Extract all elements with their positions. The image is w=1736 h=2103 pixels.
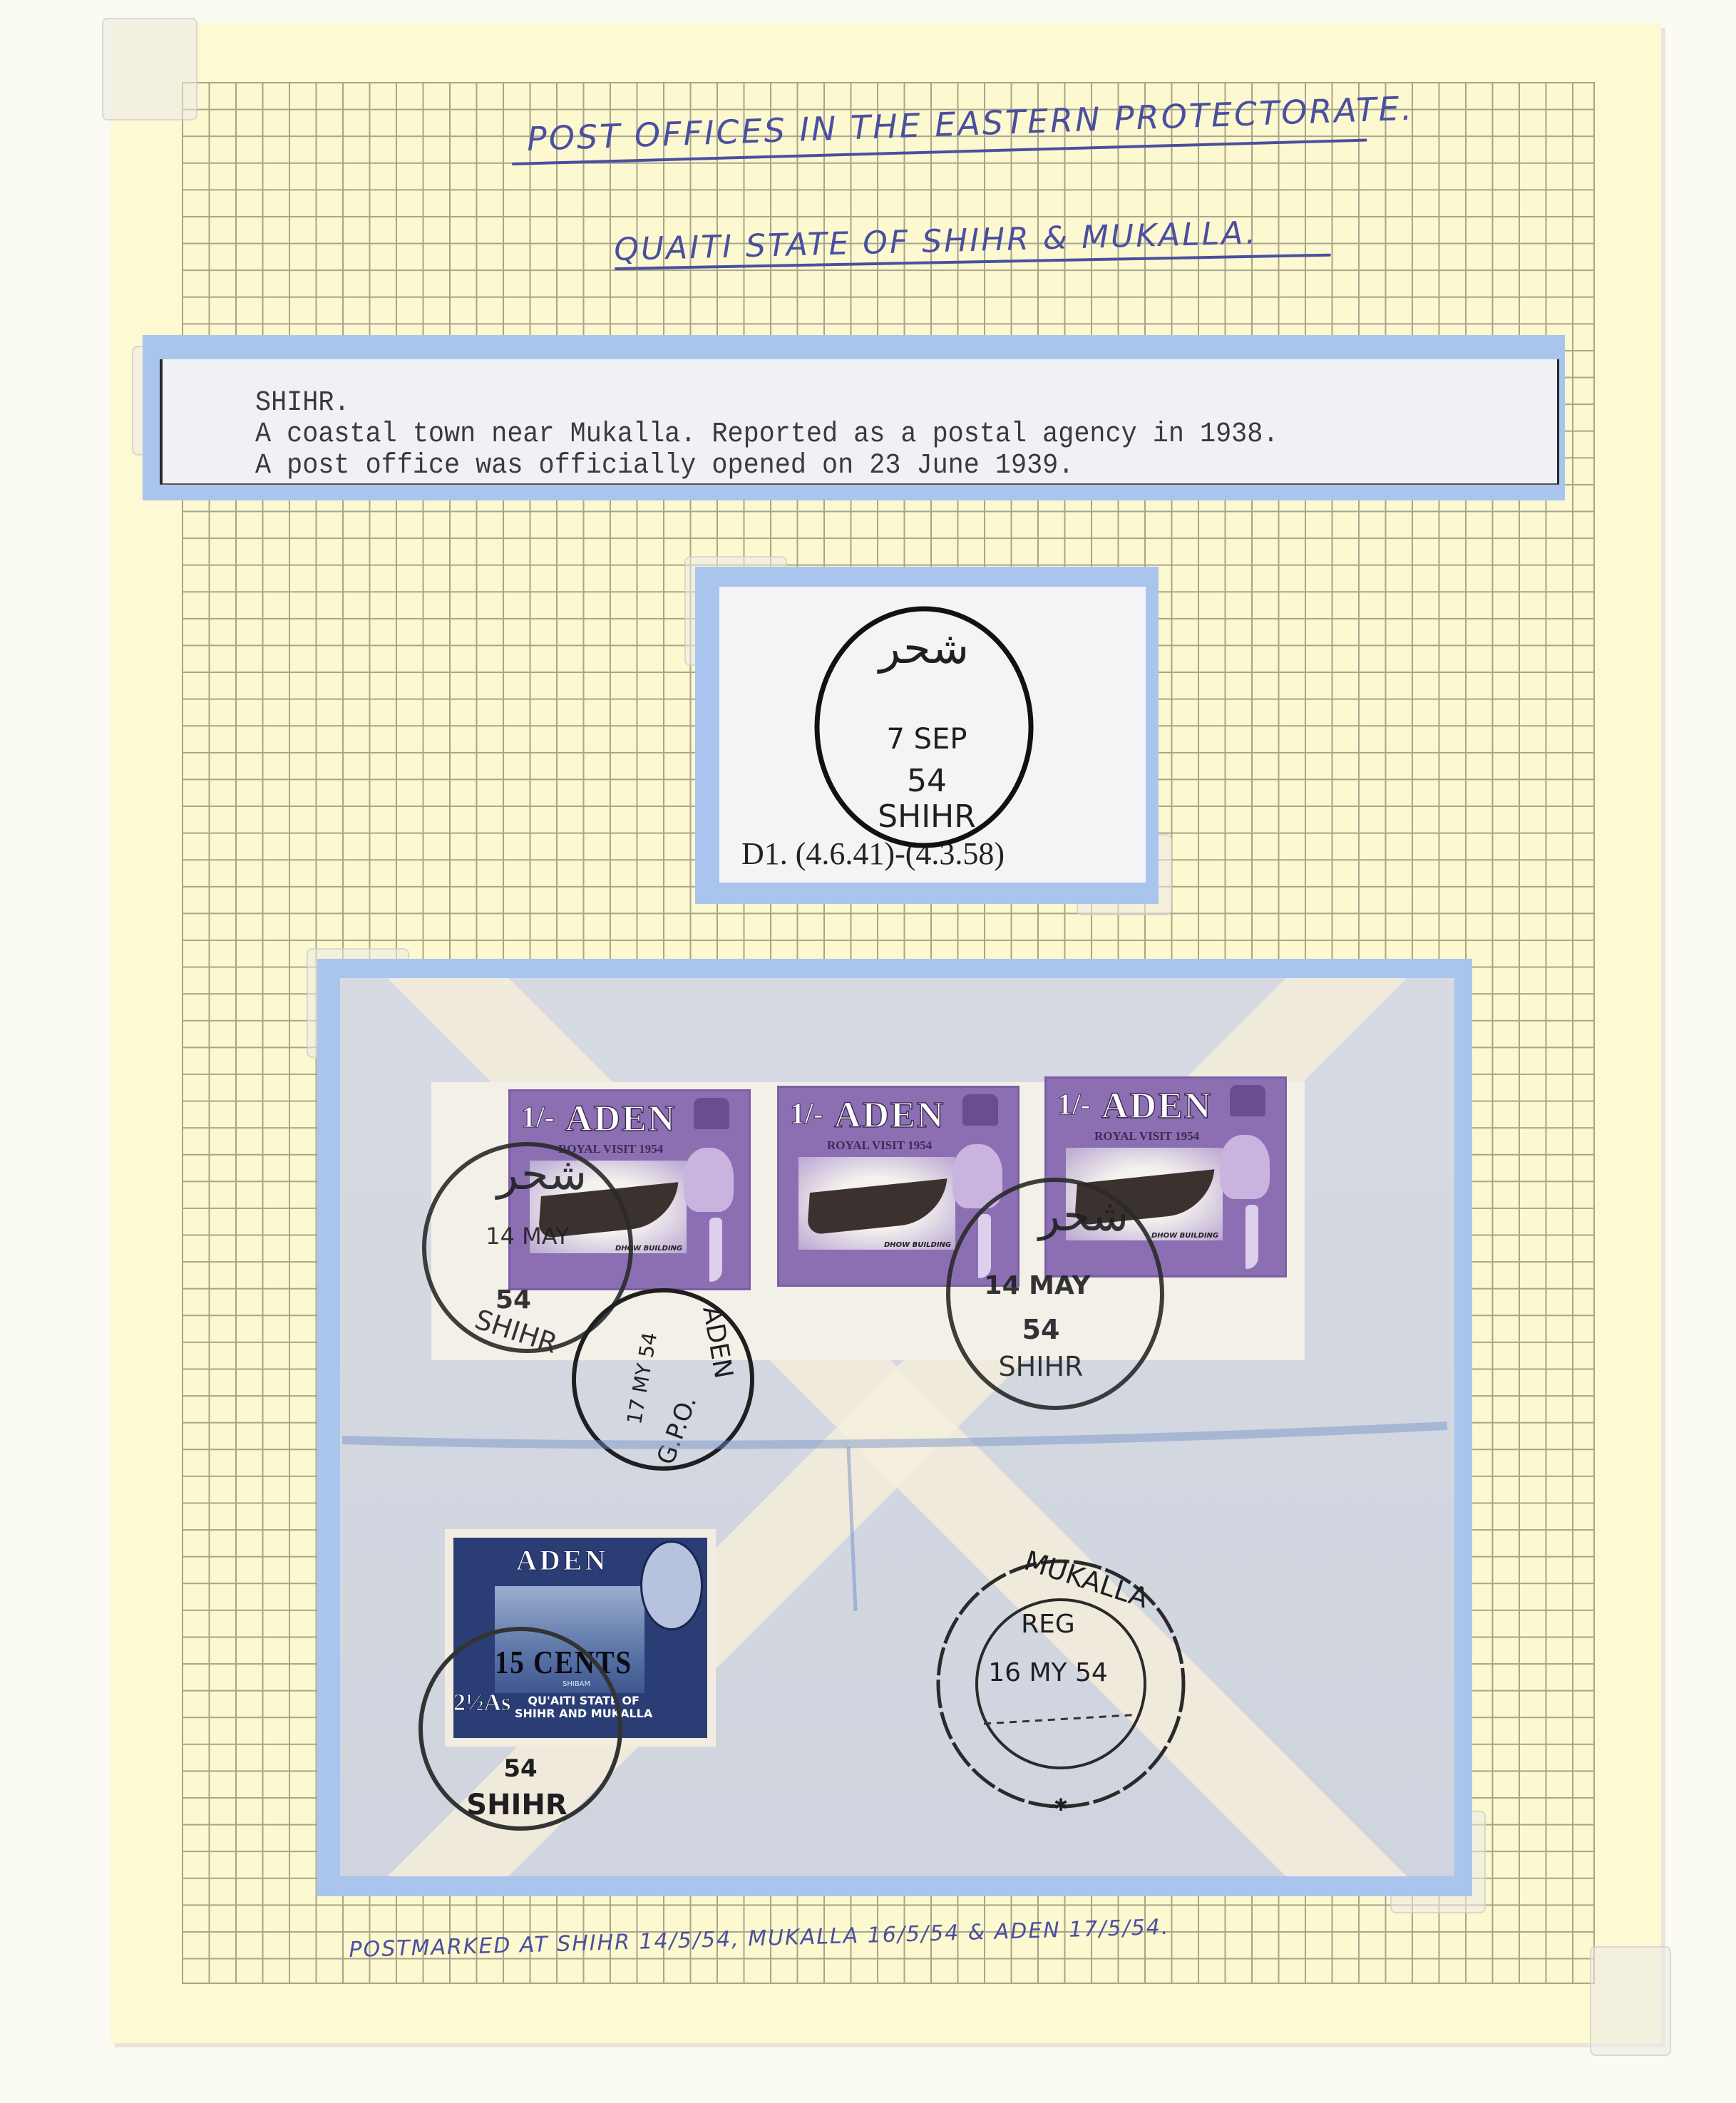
page-corner-hinge xyxy=(1590,1946,1671,2056)
crown-icon xyxy=(694,1098,729,1129)
stamp-subtitle: ROYAL VISIT 1954 xyxy=(558,1142,663,1156)
stamp-country: ADEN xyxy=(516,1543,608,1577)
info-strip: SHIHR. A coastal town near Mukalla. Repo… xyxy=(160,359,1559,485)
stamp-surcharge: 15 CENTS xyxy=(495,1643,632,1681)
postmark-caption: D1. (4.6.41)-(4.3.58) xyxy=(741,835,1005,872)
stamp-aden-royal-visit: 1/- ADEN ROYAL VISIT 1954 DHOW BUILDING xyxy=(508,1089,751,1290)
crown-icon xyxy=(962,1094,998,1126)
info-title: SHIHR. xyxy=(255,388,1453,419)
stamp-state: QU'AITI STATE OF SHIHR AND MUKALLA xyxy=(515,1695,652,1720)
crown-icon xyxy=(1230,1085,1265,1116)
stamp-state-line: SHIHR AND MUKALLA xyxy=(515,1707,652,1720)
stamp-subtitle: ROYAL VISIT 1954 xyxy=(1094,1129,1199,1143)
stamp-subtitle: ROYAL VISIT 1954 xyxy=(827,1138,932,1153)
stamp-denomination: 1/- xyxy=(521,1101,555,1135)
queen-portrait xyxy=(1220,1135,1270,1199)
stamp-country: ADEN xyxy=(1101,1085,1212,1127)
stamp-state-line: QU'AITI STATE OF xyxy=(515,1695,652,1707)
jambiya-icon xyxy=(1245,1205,1258,1269)
stamp-denomination: 1/- xyxy=(790,1097,823,1131)
jambiya-icon xyxy=(709,1218,722,1282)
stamp-scene-caption: DHOW BUILDING xyxy=(884,1241,951,1249)
info-line: A post office was officially opened on 2… xyxy=(255,451,1453,482)
stamp-aden-royal-visit: 1/- ADEN ROYAL VISIT 1954 DHOW BUILDING xyxy=(1044,1076,1287,1277)
stamp-quaiti-surcharge: ADEN SHIBAM 15 CENTS 2½As QU'AITI STATE … xyxy=(445,1529,716,1747)
stamp-country: ADEN xyxy=(565,1098,676,1140)
info-line: A coastal town near Mukalla. Reported as… xyxy=(255,419,1453,451)
page-corner-hinge xyxy=(102,18,197,120)
stamp-place: SHIBAM xyxy=(563,1680,590,1688)
stamp-aden-royal-visit: 1/- ADEN ROYAL VISIT 1954 DHOW BUILDING xyxy=(777,1086,1019,1287)
stamp-country: ADEN xyxy=(834,1094,945,1136)
stamp-scene-caption: DHOW BUILDING xyxy=(615,1245,682,1253)
stamp-denomination: 1/- xyxy=(1057,1088,1091,1122)
queen-portrait xyxy=(684,1148,734,1212)
jambiya-icon xyxy=(978,1214,991,1278)
sultan-portrait xyxy=(640,1541,703,1630)
stamp-scene-caption: DHOW BUILDING xyxy=(1151,1232,1218,1240)
stamp-denomination: 2½As xyxy=(453,1690,510,1717)
queen-portrait xyxy=(952,1144,1002,1208)
